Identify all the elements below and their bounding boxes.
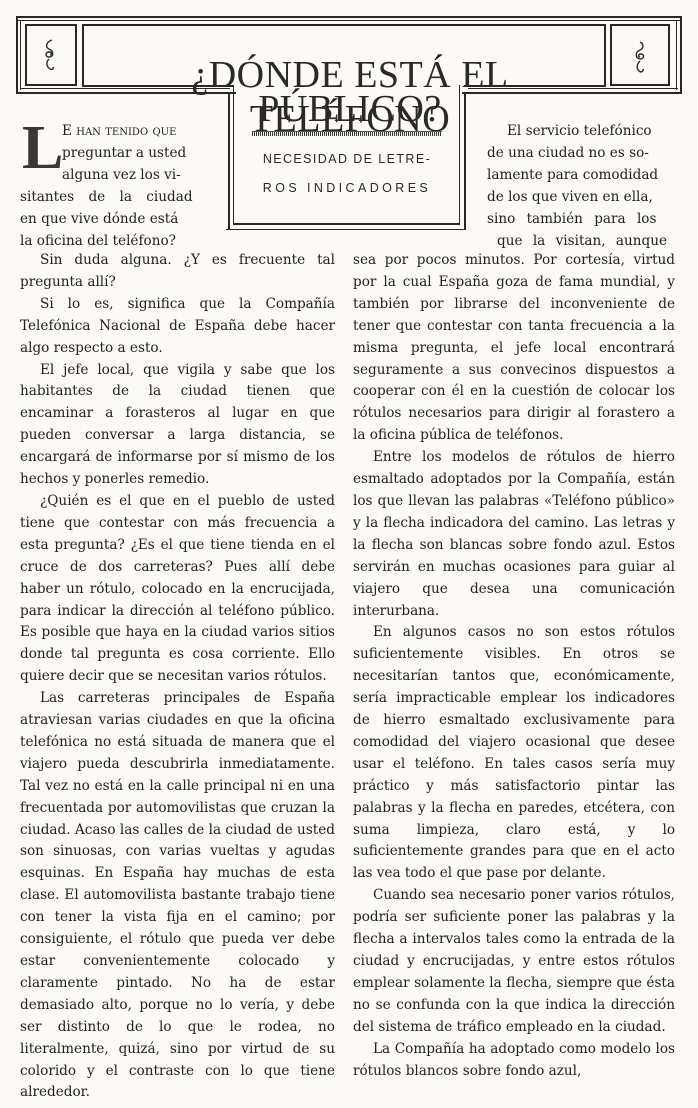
intro-line: que la visitan, aunque [487,230,677,252]
paragraph: La Compañía ha adoptado como modelo los … [353,1039,675,1083]
article-title-line-2: PÚBLICO? [230,87,470,131]
intro-line: sino también para los [487,208,677,230]
subtitle-line-1: NECESIDAD DE LETRE- [236,152,458,166]
paragraph: El jefe local, que vigila y sabe que los… [20,360,335,491]
intro-line: El servicio telefónico [487,120,677,142]
paragraph: Sin duda alguna. ¿Y es frecuente tal pre… [20,250,335,294]
header-frame-top-outer [18,16,680,18]
intro-line: E han tenido que [20,120,208,142]
scroll-ornament-icon [40,38,60,72]
intro-line: alguna vez los vi- [20,164,208,186]
intro-line: la oficina del teléfono? [20,230,208,252]
paragraph: En algunos casos no son estos rótulos su… [353,622,675,885]
header-frame-right-inner [676,20,677,90]
intro-line: preguntar a usted [20,142,208,164]
paragraph: Las carreteras principales de España atr… [20,688,335,1104]
header-frame-right-outer [680,16,682,93]
paragraph: Cuando sea necesario poner varios rótulo… [353,885,675,1038]
paragraph: sea por pocos minutos. Por cortesía, vir… [353,250,675,447]
title-box-right-edge-top [604,24,606,86]
header-frame-left-outer [16,16,18,93]
paragraph: Entre los modelos de rótulos de hierro e… [353,447,675,622]
left-intro: E han tenido que preguntar a usted algun… [20,120,208,252]
header-frame-left-inner [20,20,21,90]
intro-line: de una ciudad no es so- [487,142,677,164]
title-wavy-rule [252,131,442,136]
intro-line: en que vive dónde está [20,208,208,230]
subtitle-line-2: ROS INDICADORES [236,181,458,195]
title-box-bottom-inner [233,223,460,225]
header-frame-top-inner [18,20,680,21]
title-box-top [82,24,606,26]
right-intro: El servicio telefónico de una ciudad no … [487,120,677,252]
intro-line: lamente para comodidad [487,164,677,186]
left-column: Sin duda alguna. ¿Y es frecuente tal pre… [20,250,335,1104]
intro-line: de los que viven en ella, [487,186,677,208]
paragraph: Si lo es, significa que la Compañía Tele… [20,294,335,360]
title-box-bottom-outer [226,229,466,230]
scroll-ornament-icon [630,40,650,74]
paragraph: ¿Quién es el que en el pueblo de usted t… [20,491,335,688]
intro-line: sitantes de la ciudad [20,186,208,208]
title-box-left-edge-top [82,24,84,86]
right-column: sea por pocos minutos. Por cortesía, vir… [353,250,675,1082]
